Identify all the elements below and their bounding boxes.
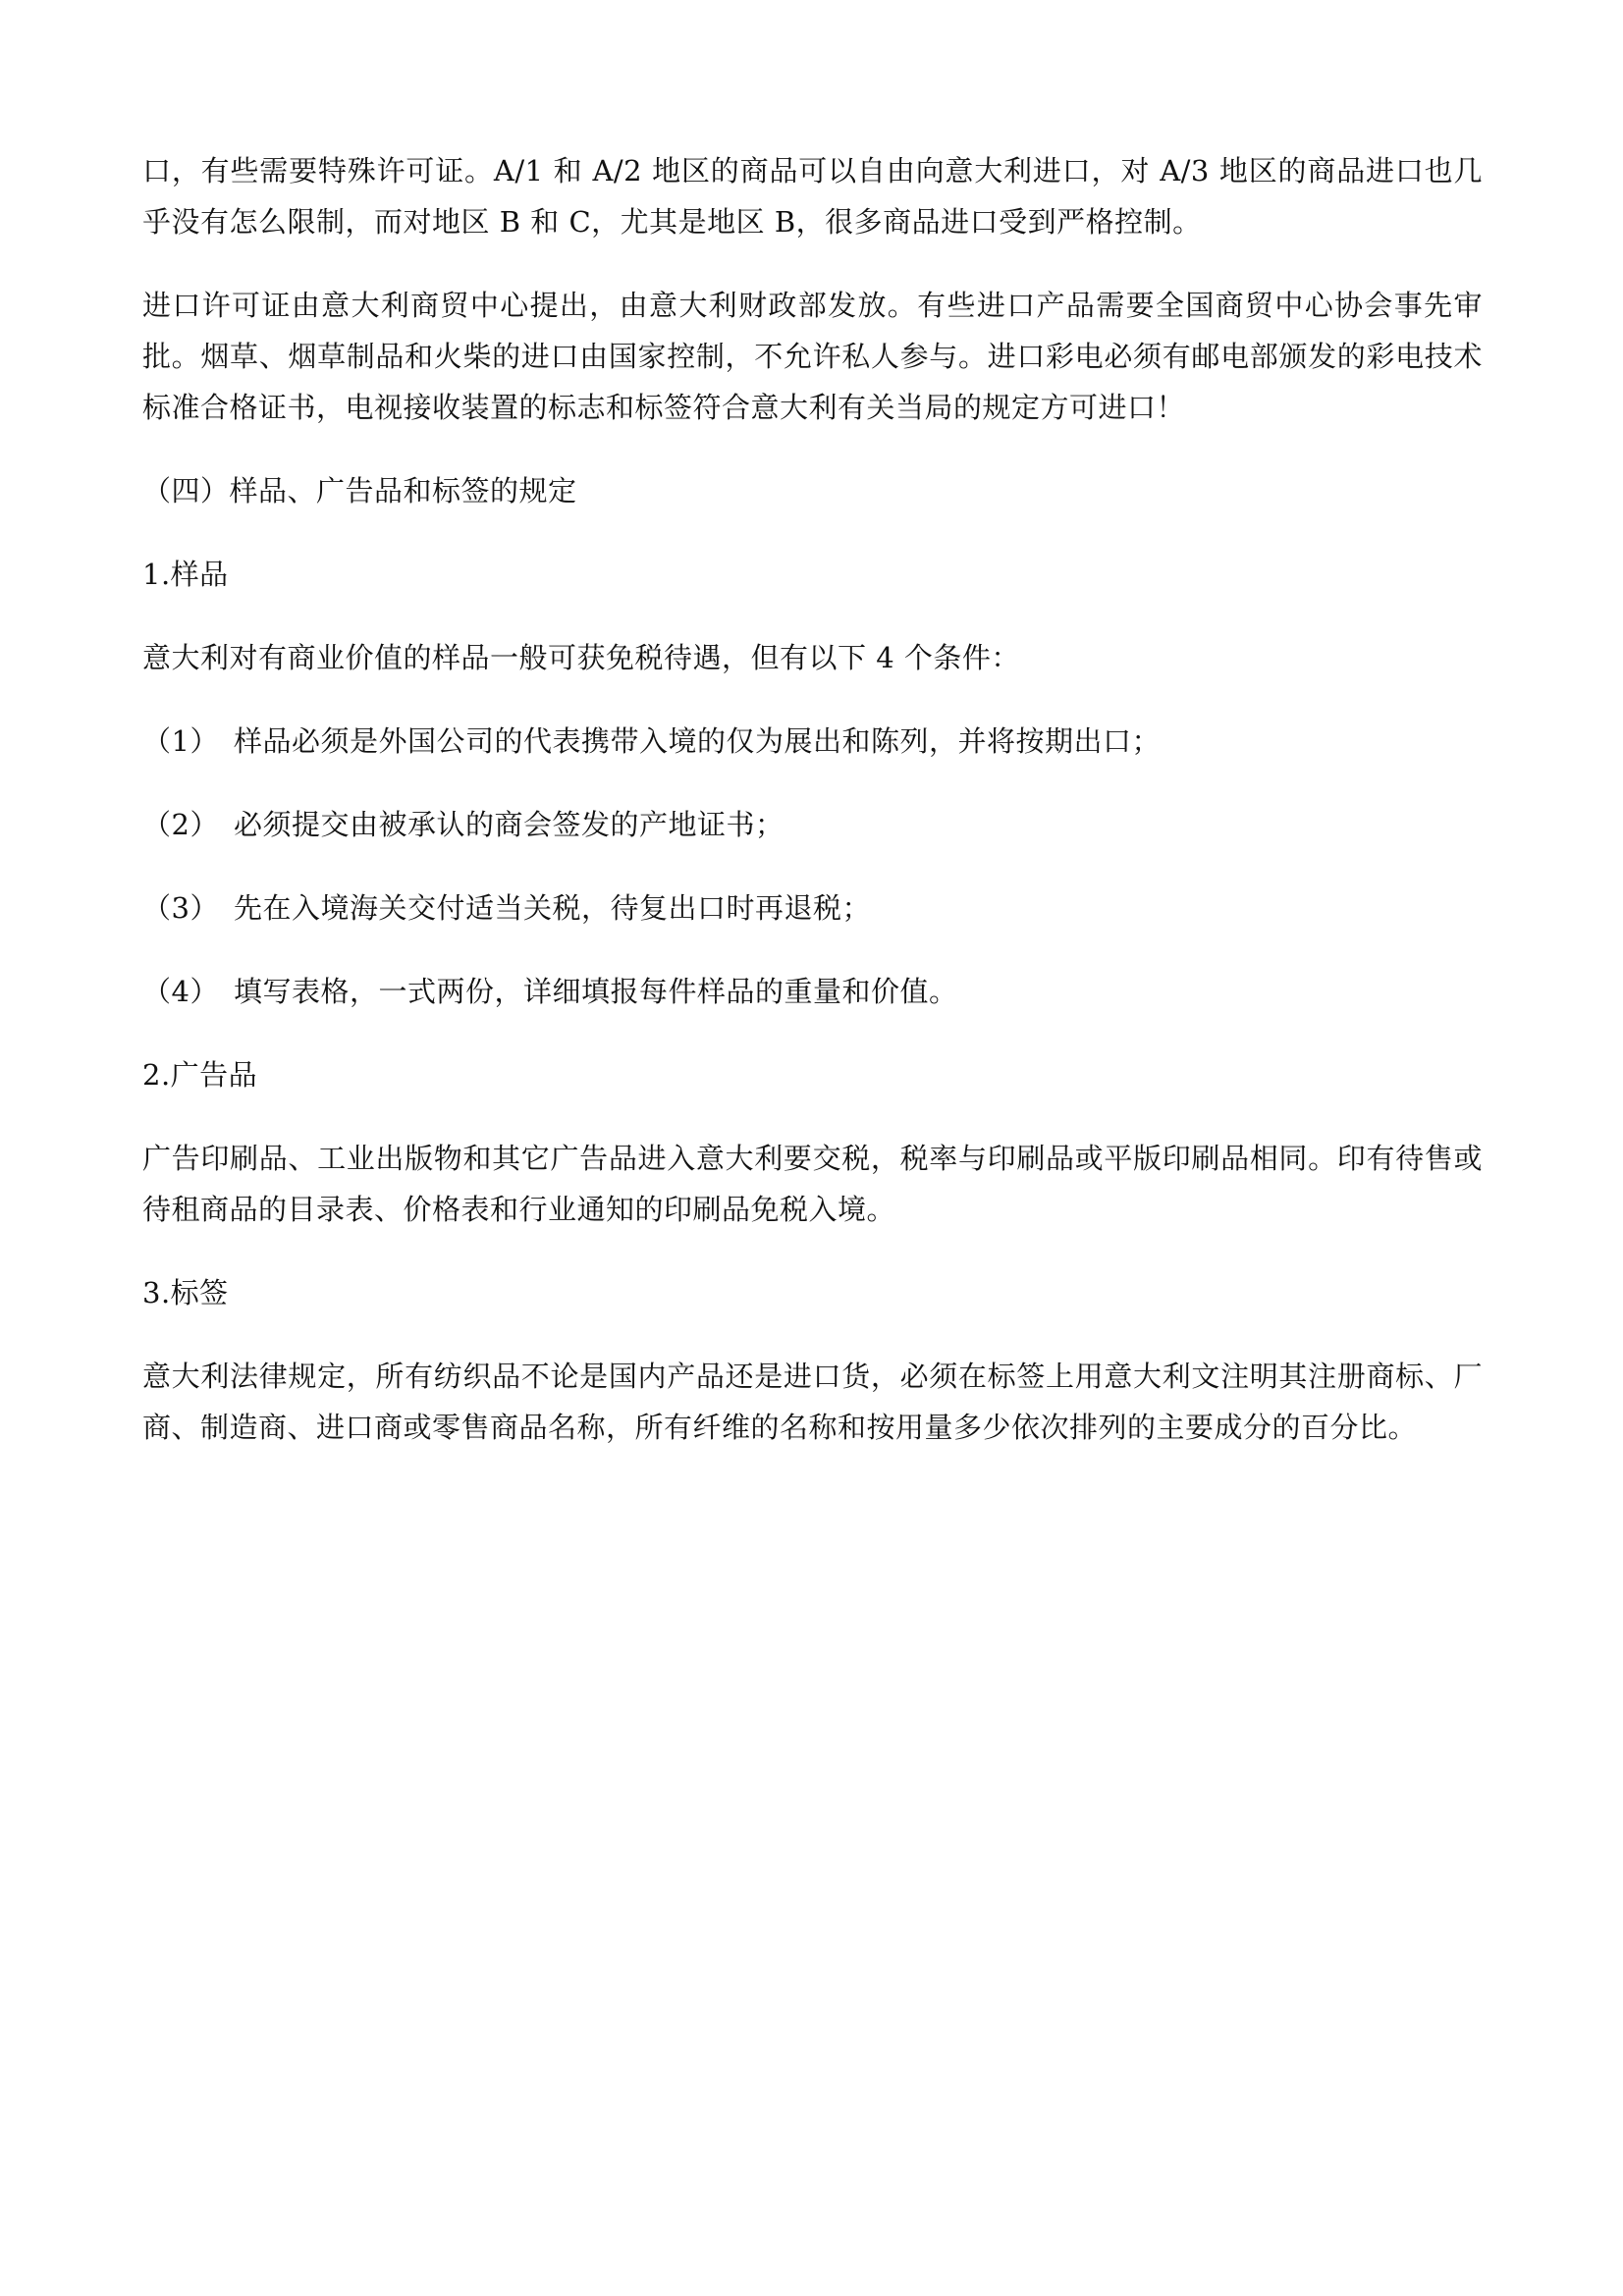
section-heading-4: （四）样品、广告品和标签的规定 bbox=[142, 465, 1483, 516]
subheading-advertising: 2.广告品 bbox=[142, 1049, 1483, 1100]
list-item-1: （1） 样品必须是外国公司的代表携带入境的仅为展出和陈列，并将按期出口； bbox=[142, 716, 1483, 767]
paragraph-advertising: 广告印刷品、工业出版物和其它广告品进入意大利要交税，税率与印刷品或平版印刷品相同… bbox=[142, 1133, 1483, 1235]
document-page: 口，有些需要特殊许可证。A/1 和 A/2 地区的商品可以自由向意大利进口，对 … bbox=[0, 0, 1623, 2296]
list-item-4: （4） 填写表格，一式两份，详细填报每件样品的重量和价值。 bbox=[142, 966, 1483, 1017]
subheading-samples: 1.样品 bbox=[142, 549, 1483, 600]
subheading-labels: 3.标签 bbox=[142, 1267, 1483, 1318]
paragraph-sample-conditions-intro: 意大利对有商业价值的样品一般可获免税待遇，但有以下 4 个条件： bbox=[142, 632, 1483, 683]
paragraph-import-license: 进口许可证由意大利商贸中心提出，由意大利财政部发放。有些进口产品需要全国商贸中心… bbox=[142, 280, 1483, 433]
list-item-2: （2） 必须提交由被承认的商会签发的产地证书； bbox=[142, 799, 1483, 850]
document-body: 口，有些需要特殊许可证。A/1 和 A/2 地区的商品可以自由向意大利进口，对 … bbox=[142, 145, 1483, 1453]
list-item-3: （3） 先在入境海关交付适当关税，待复出口时再退税； bbox=[142, 882, 1483, 934]
paragraph-labels: 意大利法律规定，所有纺织品不论是国内产品还是进口货，必须在标签上用意大利文注明其… bbox=[142, 1351, 1483, 1453]
paragraph-continuation: 口，有些需要特殊许可证。A/1 和 A/2 地区的商品可以自由向意大利进口，对 … bbox=[142, 145, 1483, 247]
